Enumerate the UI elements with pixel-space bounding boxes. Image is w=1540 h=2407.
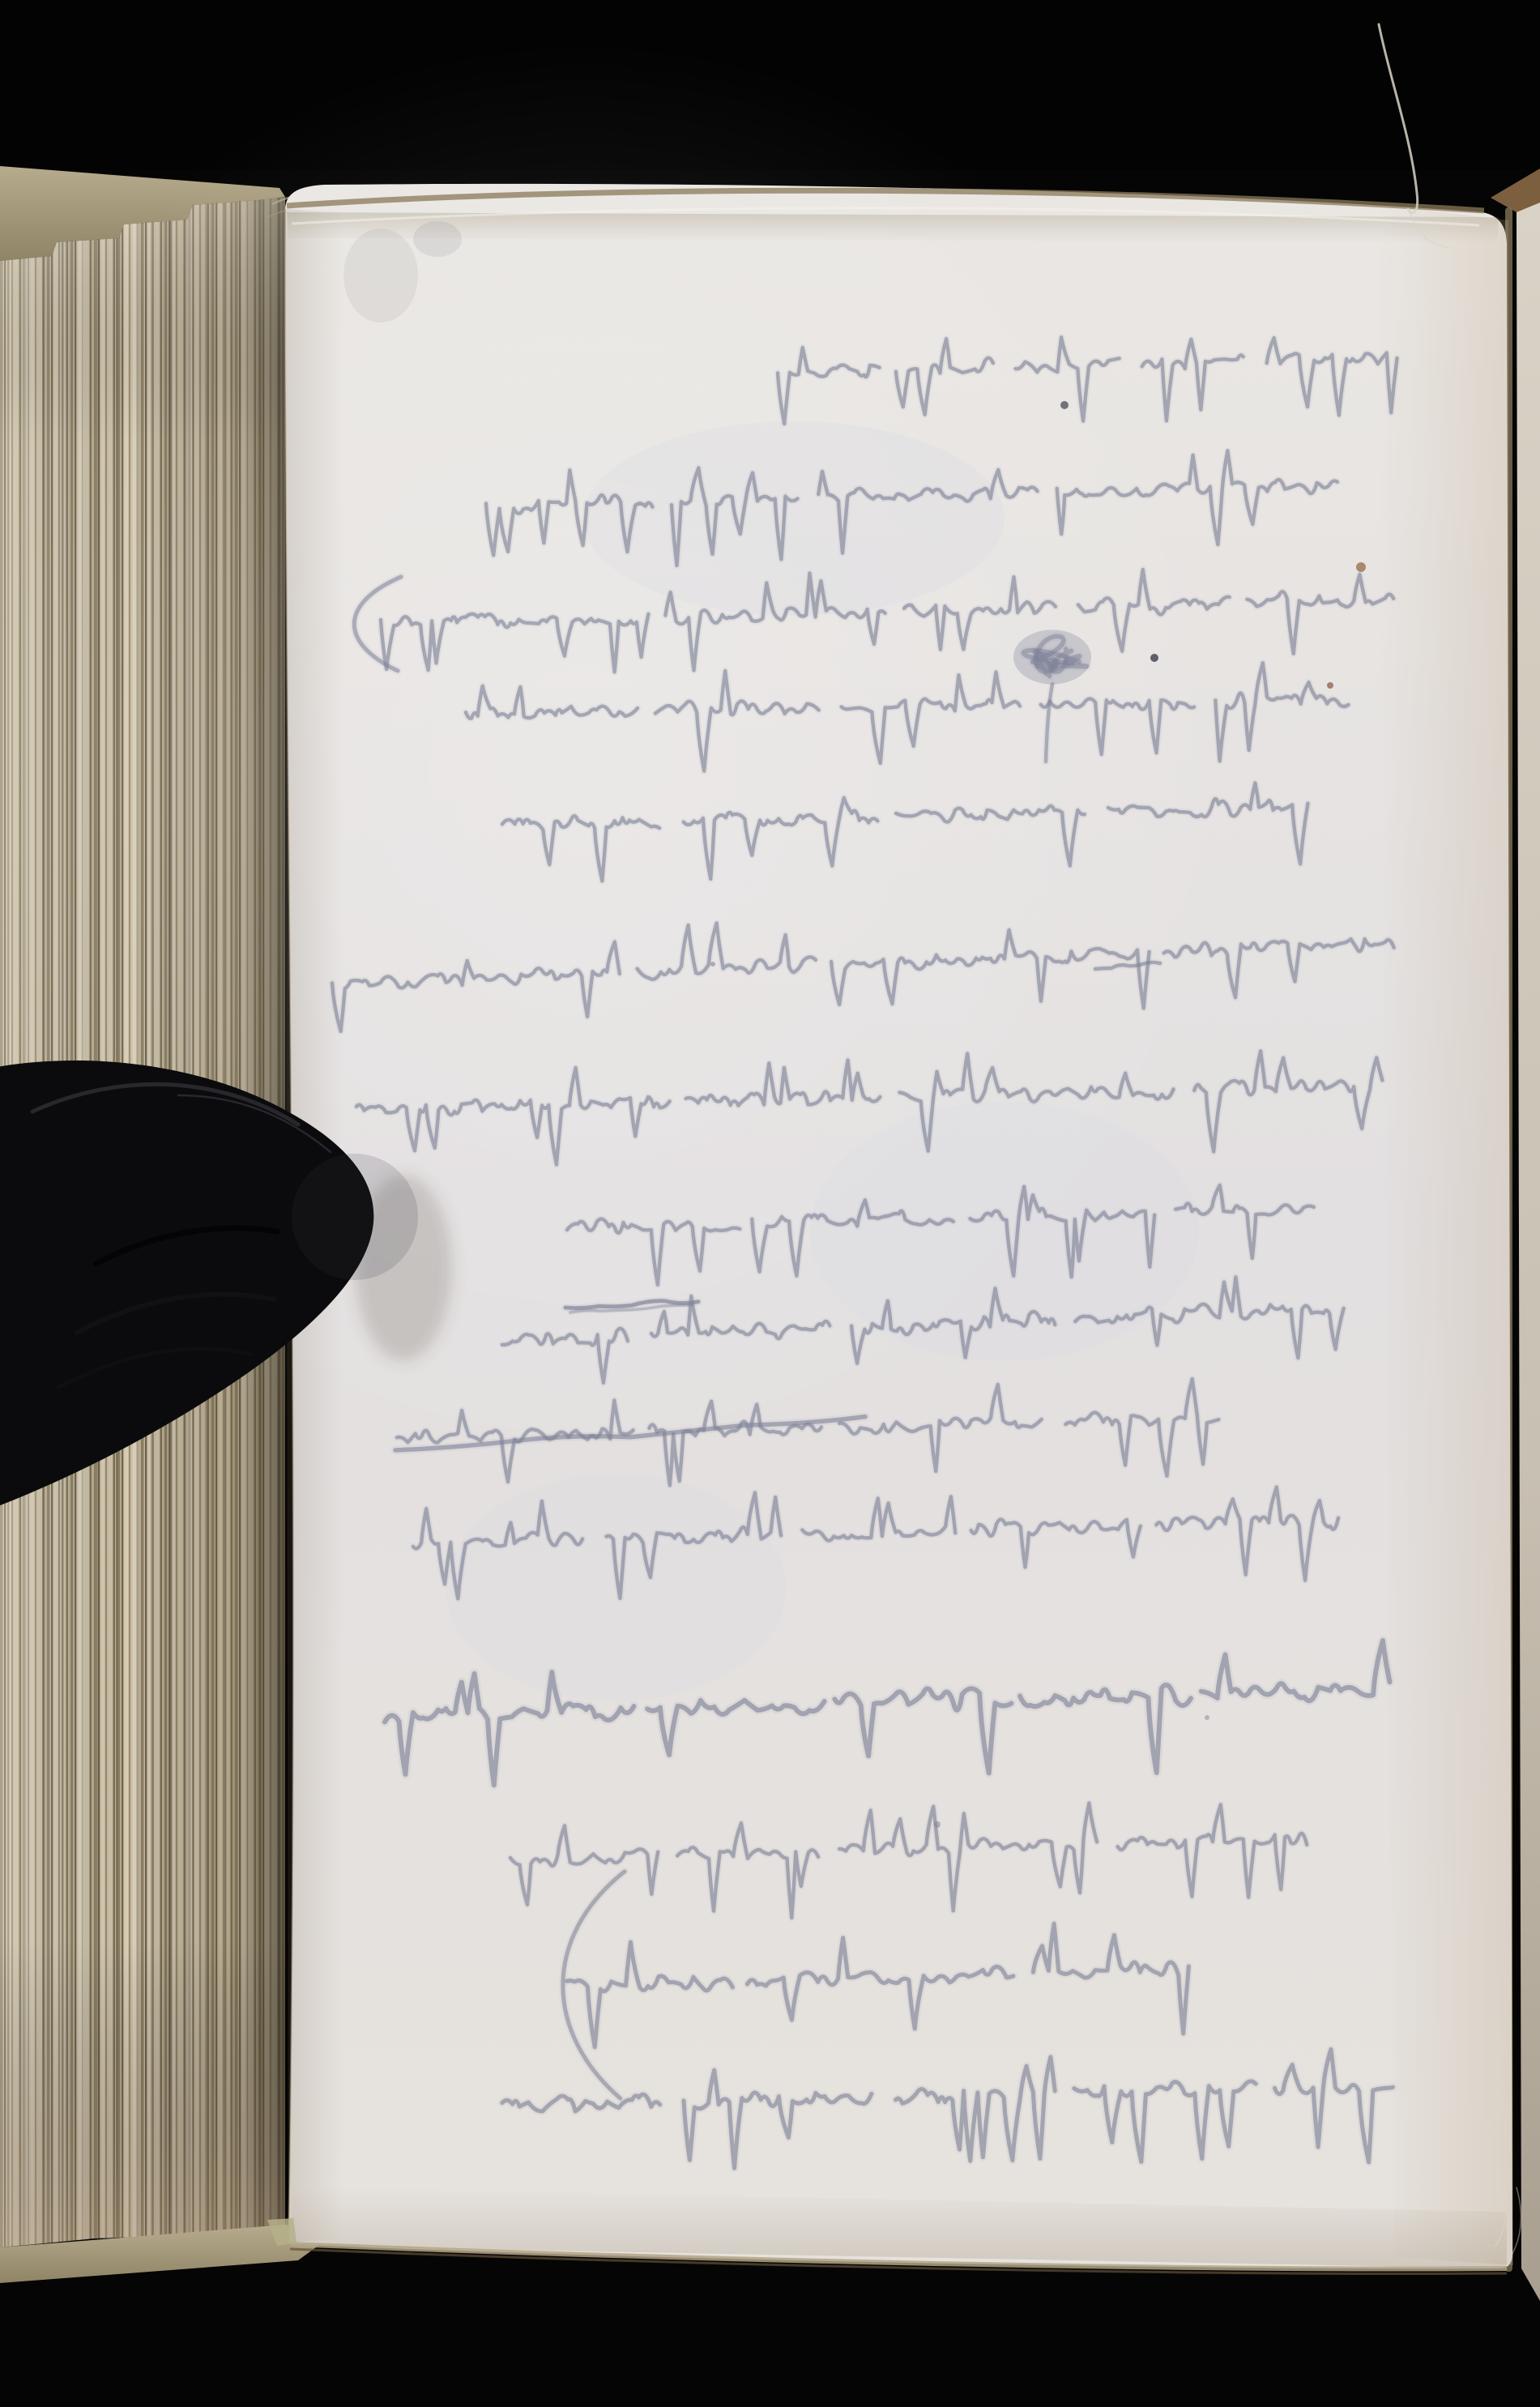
glove-tip-shade	[292, 1154, 418, 1280]
paper-speck	[710, 962, 715, 967]
page-right-shading	[1377, 204, 1513, 2265]
paper-stain	[343, 228, 418, 322]
paper-speck	[1356, 562, 1366, 572]
book-photo	[0, 0, 1540, 2407]
photo-stage	[0, 0, 1540, 2407]
book	[0, 24, 1540, 2301]
paper-speck	[1327, 682, 1333, 689]
paper-speck	[1205, 1715, 1209, 1720]
paper-speck	[934, 1821, 941, 1828]
paper-stain	[413, 221, 462, 257]
paper-speck	[1060, 401, 1069, 409]
paper-stain	[583, 421, 1005, 616]
paper-speck	[1150, 654, 1158, 662]
